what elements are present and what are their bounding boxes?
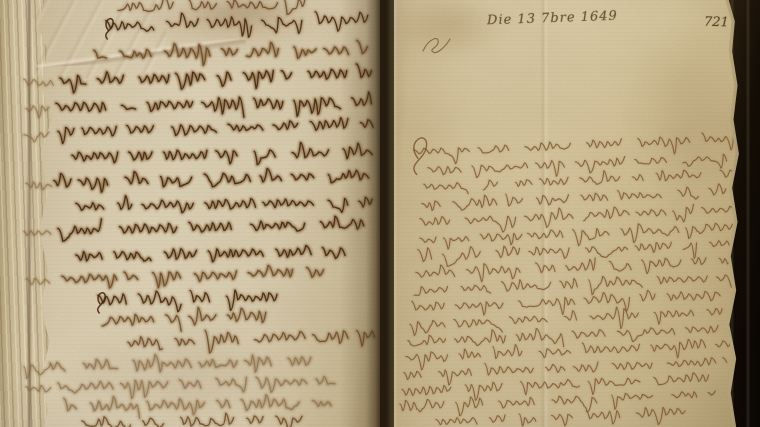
manuscript-photo: Die 13 7bre 1649 721 xyxy=(0,0,760,427)
photo-vignette xyxy=(0,0,760,427)
